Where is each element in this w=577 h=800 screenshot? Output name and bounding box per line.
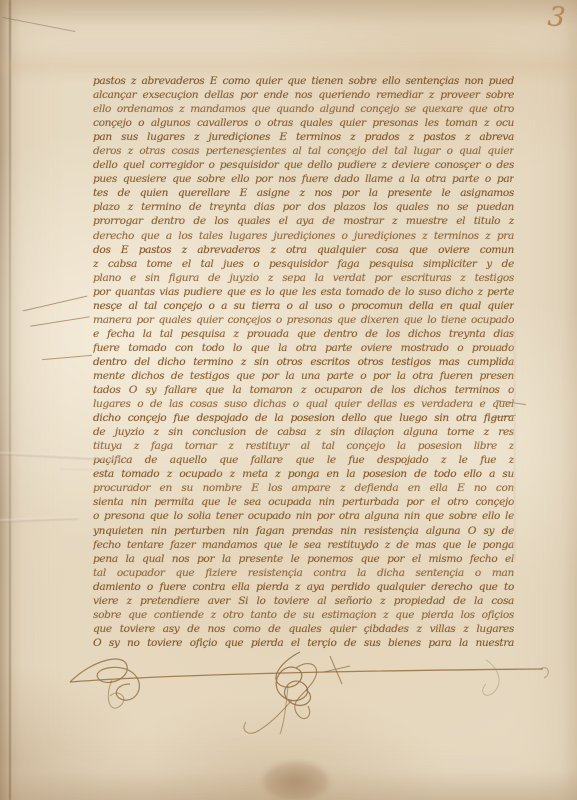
manuscript-line: procurador en su nombre E los ampare z d… xyxy=(93,481,514,495)
folio-number: 3 xyxy=(546,1,566,34)
manuscript-line: pues quesiere que sobre ello por nos fue… xyxy=(93,172,514,186)
manuscript-line: dos E pastos z abrevaderos z otra qualqu… xyxy=(93,243,514,257)
paper-fiber xyxy=(3,17,76,32)
manuscript-line: e fecha la tal pesquisa z prouada que de… xyxy=(93,327,514,341)
manuscript-line: o presona que lo solia tener ocupado nin… xyxy=(93,509,514,523)
manuscript-line: paçifica de aquello que fallare que le f… xyxy=(93,453,514,467)
manuscript-line: conçejo o algunos cavalleros o otras qua… xyxy=(93,116,514,130)
manuscript-line: z cabsa tome el tal jues o pesquisidor f… xyxy=(93,257,514,271)
manuscript-line: mente dichos de testigos que por la una … xyxy=(93,369,514,383)
manuscript-line: tados O sy fallare que la tomaron z ocup… xyxy=(93,383,514,397)
paper-crease xyxy=(513,330,515,560)
ink-hairline xyxy=(42,355,92,360)
ink-hairline xyxy=(30,316,89,326)
manuscript-line: alcançar exsecuçion dellas por ende nos … xyxy=(93,88,514,102)
manuscript-line: plano e sin figura de juyzio z sepa la v… xyxy=(93,271,514,285)
manuscript-line: que toviere asy de nos como de quales qu… xyxy=(93,622,514,636)
manuscript-line: plazo z termino de treynta dias por dos … xyxy=(93,200,514,214)
manuscript-line: manera por quales quier conçejos o preso… xyxy=(93,313,514,327)
manuscript-line: pan sus lugares z jurediçiones E termino… xyxy=(93,130,514,144)
manuscript-line: de juyzio z sin conclusion de cabsa z si… xyxy=(93,425,514,439)
manuscript-line: por quantas vias pudiere que es lo que l… xyxy=(93,285,514,299)
manuscript-line: damiento o fuere contra ella pierda z ay… xyxy=(93,580,514,594)
manuscript-line: tes de quien querellare E asigne z nos p… xyxy=(93,186,514,200)
ink-hairline xyxy=(23,296,88,312)
paper-crease xyxy=(0,517,78,523)
manuscript-text-block: pastos z abrevaderos E como quier que ti… xyxy=(93,74,514,650)
manuscript-line: tal ocupador que fiziere resistençia con… xyxy=(93,566,514,580)
manuscript-line: deros z otras cosas pertenesçientes al t… xyxy=(93,144,514,158)
manuscript-line: lugares o de las cosas suso dichas o qua… xyxy=(93,397,514,411)
manuscript-line: tituya z faga tornar z restituyr al tal … xyxy=(93,439,514,453)
manuscript-line: dello quel corregidor o pesquisidor que … xyxy=(93,158,514,172)
manuscript-line: sobre que contiende z otro tanto de su e… xyxy=(93,608,514,622)
manuscript-page: 3 pastos z abrevaderos E como quier que … xyxy=(0,0,577,800)
manuscript-line: fecho tentare fazer mandamos que le sea … xyxy=(93,538,514,552)
manuscript-line: dentro del dicho termino z sin otros esc… xyxy=(93,355,514,369)
paper-stain xyxy=(248,750,344,800)
manuscript-line: dicho conçejo fue despojado de la posesi… xyxy=(93,411,514,425)
manuscript-line: pena la qual nos por la presente le pone… xyxy=(93,552,514,566)
manuscript-line: pastos z abrevaderos E como quier que ti… xyxy=(93,74,514,88)
manuscript-line: prorrogar dentro de los quales el aya de… xyxy=(93,214,514,228)
manuscript-line: ello ordenamos z mandamos que quando alg… xyxy=(93,102,514,116)
manuscript-line: sienta nin permita que le sea ocupada ni… xyxy=(93,495,514,509)
manuscript-line: nesçe al tal conçejo o a su tierra o al … xyxy=(93,299,514,313)
manuscript-line: ynquieten nin perturben nin fagan prenda… xyxy=(93,524,514,538)
manuscript-line: fuere tomado con todo lo que la otra par… xyxy=(93,341,514,355)
manuscript-line: derecho que a los tales lugares jurediçi… xyxy=(93,229,514,243)
manuscript-line: viere z pretendiere aver Si lo toviere a… xyxy=(93,594,514,608)
